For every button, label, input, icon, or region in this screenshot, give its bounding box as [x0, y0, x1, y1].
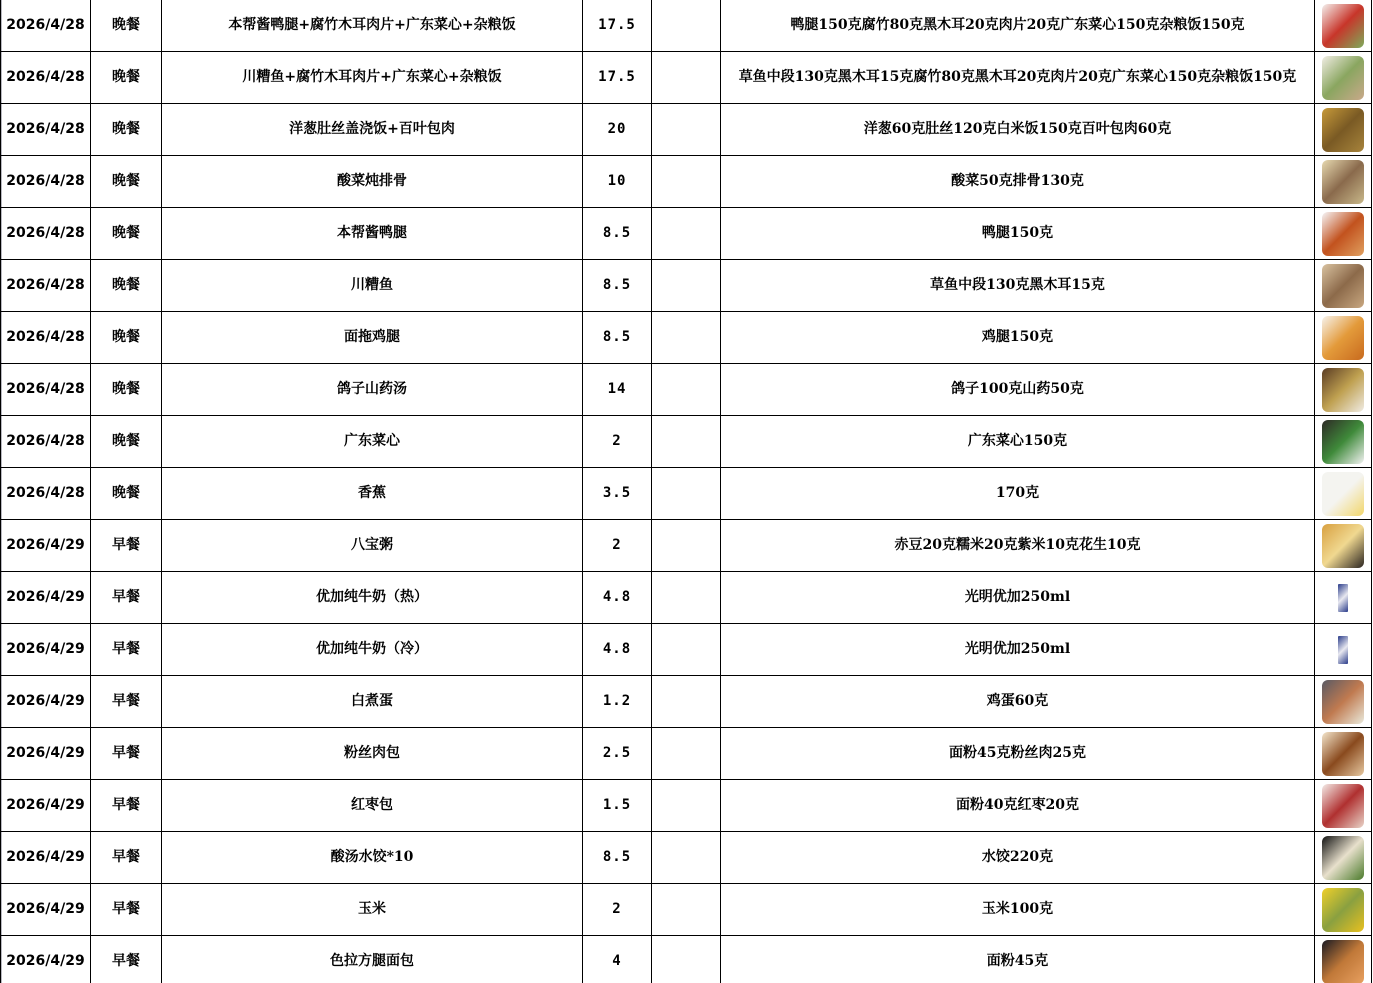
price-cell[interactable]: 8.5: [583, 312, 652, 364]
meal-text: 早餐: [112, 537, 140, 553]
date-cell[interactable]: 2026/4/29: [1, 520, 91, 572]
date-cell[interactable]: 2026/4/28: [1, 52, 91, 104]
meal-text: 早餐: [112, 693, 140, 709]
date-text: 2026/4/29: [6, 953, 84, 969]
table-row: 2026/4/28 晚餐 本帮酱鸭腿+腐竹木耳肉片+广东菜心+杂粮饭 17.5 …: [1, 0, 1372, 52]
date-text: 2026/4/28: [6, 277, 84, 293]
empty-cell[interactable]: [652, 156, 721, 208]
image-cell[interactable]: [1315, 208, 1372, 260]
table-row: 2026/4/29 早餐 酸汤水饺*10 8.5 水饺220克: [1, 832, 1372, 884]
corn-photo[interactable]: [1322, 888, 1364, 932]
price-cell[interactable]: 3.5: [583, 468, 652, 520]
price-cell[interactable]: 20: [583, 104, 652, 156]
ingredients-cell[interactable]: 鸭腿150克: [721, 208, 1315, 260]
ingredients-text: 鸽子100克山药50克: [951, 381, 1084, 397]
ingredients-cell[interactable]: 草鱼中段130克黑木耳15克: [721, 260, 1315, 312]
table-row: 2026/4/28 晚餐 面拖鸡腿 8.5 鸡腿150克: [1, 312, 1372, 364]
dish-name-cell[interactable]: 广东菜心: [162, 416, 583, 468]
price-text: 14: [608, 381, 627, 397]
meal-text: 晚餐: [112, 173, 140, 189]
table-row: 2026/4/29 早餐 红枣包 1.5 面粉40克红枣20克: [1, 780, 1372, 832]
fish-set-meal-photo[interactable]: [1322, 56, 1364, 100]
meal-cell[interactable]: 晚餐: [91, 260, 162, 312]
price-text: 3.5: [603, 485, 631, 501]
empty-cell[interactable]: [652, 780, 721, 832]
empty-cell[interactable]: [652, 208, 721, 260]
price-cell[interactable]: 10: [583, 156, 652, 208]
dish-name-cell[interactable]: 红枣包: [162, 780, 583, 832]
dish-name-cell[interactable]: 面拖鸡腿: [162, 312, 583, 364]
onion-tripe-rice-photo[interactable]: [1322, 108, 1364, 152]
image-cell[interactable]: [1315, 52, 1372, 104]
dish-name-cell[interactable]: 本帮酱鸭腿+腐竹木耳肉片+广东菜心+杂粮饭: [162, 0, 583, 52]
date-cell[interactable]: 2026/4/28: [1, 156, 91, 208]
meal-cell[interactable]: 早餐: [91, 676, 162, 728]
date-text: 2026/4/28: [6, 329, 84, 345]
dish-name-text: 本帮酱鸭腿: [337, 225, 407, 241]
table-row: 2026/4/29 早餐 八宝粥 2 赤豆20克糯米20克紫米10克花生10克: [1, 520, 1372, 572]
dish-name-text: 优加纯牛奶（热）: [316, 589, 428, 605]
dish-name-text: 红枣包: [351, 797, 393, 813]
price-text: 20: [608, 121, 627, 137]
ingredients-text: 鸭腿150克: [982, 225, 1053, 241]
dish-name-text: 色拉方腿面包: [330, 953, 414, 969]
boiled-eggs-photo[interactable]: [1322, 680, 1364, 724]
image-cell[interactable]: [1315, 416, 1372, 468]
ingredients-text: 广东菜心150克: [968, 433, 1067, 449]
date-cell[interactable]: 2026/4/28: [1, 364, 91, 416]
menu-table: 2026/4/28 晚餐 本帮酱鸭腿+腐竹木耳肉片+广东菜心+杂粮饭 17.5 …: [0, 0, 1372, 983]
dish-name-cell[interactable]: 川糟鱼+腐竹木耳肉片+广东菜心+杂粮饭: [162, 52, 583, 104]
ingredients-text: 草鱼中段130克黑木耳15克: [930, 277, 1105, 293]
price-text: 8.5: [603, 329, 631, 345]
ham-bread-photo[interactable]: [1322, 940, 1364, 983]
table-row: 2026/4/29 早餐 白煮蛋 1.2 鸡蛋60克: [1, 676, 1372, 728]
empty-cell[interactable]: [652, 572, 721, 624]
menu-table-body: 2026/4/28 晚餐 本帮酱鸭腿+腐竹木耳肉片+广东菜心+杂粮饭 17.5 …: [1, 0, 1372, 983]
dish-name-text: 广东菜心: [344, 433, 400, 449]
red-date-bun-photo[interactable]: [1322, 784, 1364, 828]
meal-cell[interactable]: 晚餐: [91, 364, 162, 416]
ingredients-cell[interactable]: 水饺220克: [721, 832, 1315, 884]
ingredients-cell[interactable]: 玉米100克: [721, 884, 1315, 936]
empty-cell[interactable]: [652, 0, 721, 52]
price-cell[interactable]: 2: [583, 520, 652, 572]
price-text: 8.5: [603, 225, 631, 241]
meal-cell[interactable]: 早餐: [91, 728, 162, 780]
braised-duck-leg-photo[interactable]: [1322, 212, 1364, 256]
date-cell[interactable]: 2026/4/29: [1, 884, 91, 936]
date-cell[interactable]: 2026/4/28: [1, 312, 91, 364]
price-text: 17.5: [598, 17, 636, 33]
dish-name-cell[interactable]: 洋葱肚丝盖浇饭+百叶包肉: [162, 104, 583, 156]
dish-name-cell[interactable]: 川糟鱼: [162, 260, 583, 312]
ingredients-cell[interactable]: 鸭腿150克腐竹80克黑木耳20克肉片20克广东菜心150克杂粮饭150克: [721, 0, 1315, 52]
date-text: 2026/4/29: [6, 693, 84, 709]
meal-text: 晚餐: [112, 485, 140, 501]
date-text: 2026/4/28: [6, 173, 84, 189]
ingredients-cell[interactable]: 鸽子100克山药50克: [721, 364, 1315, 416]
milk-carton-photo[interactable]: [1338, 584, 1348, 612]
empty-cell[interactable]: [652, 936, 721, 983]
image-cell[interactable]: [1315, 572, 1372, 624]
price-text: 2.5: [603, 745, 631, 761]
meal-text: 晚餐: [112, 381, 140, 397]
image-cell[interactable]: [1315, 884, 1372, 936]
price-text: 8.5: [603, 849, 631, 865]
meal-cell[interactable]: 晚餐: [91, 104, 162, 156]
meal-text: 早餐: [112, 797, 140, 813]
ingredients-text: 鸡腿150克: [982, 329, 1053, 345]
meal-cell[interactable]: 晚餐: [91, 0, 162, 52]
meat-bun-photo[interactable]: [1322, 732, 1364, 776]
dish-name-text: 优加纯牛奶（冷）: [316, 641, 428, 657]
price-text: 1.5: [603, 797, 631, 813]
image-cell[interactable]: [1315, 832, 1372, 884]
ingredients-cell[interactable]: 赤豆20克糯米20克紫米10克花生10克: [721, 520, 1315, 572]
date-text: 2026/4/29: [6, 589, 84, 605]
dish-name-text: 八宝粥: [351, 537, 393, 553]
price-cell[interactable]: 4: [583, 936, 652, 983]
dish-name-cell[interactable]: 八宝粥: [162, 520, 583, 572]
ingredients-text: 面粉45克粉丝肉25克: [949, 745, 1086, 761]
ingredients-text: 光明优加250ml: [965, 641, 1070, 657]
fried-chicken-leg-photo[interactable]: [1322, 316, 1364, 360]
pigeon-soup-photo[interactable]: [1322, 368, 1364, 412]
dish-name-text: 川糟鱼: [351, 277, 393, 293]
empty-cell[interactable]: [652, 52, 721, 104]
date-cell[interactable]: 2026/4/28: [1, 260, 91, 312]
dish-name-text: 粉丝肉包: [344, 745, 400, 761]
meal-cell[interactable]: 早餐: [91, 884, 162, 936]
table-row: 2026/4/28 晚餐 香蕉 3.5 170克: [1, 468, 1372, 520]
table-row: 2026/4/28 晚餐 川糟鱼+腐竹木耳肉片+广东菜心+杂粮饭 17.5 草鱼…: [1, 52, 1372, 104]
image-cell[interactable]: [1315, 676, 1372, 728]
date-text: 2026/4/28: [6, 17, 84, 33]
ingredients-cell[interactable]: 鸡蛋60克: [721, 676, 1315, 728]
dish-name-cell[interactable]: 酸汤水饺*10: [162, 832, 583, 884]
date-text: 2026/4/29: [6, 745, 84, 761]
price-cell[interactable]: 1.5: [583, 780, 652, 832]
meal-cell[interactable]: 晚餐: [91, 312, 162, 364]
image-cell[interactable]: [1315, 780, 1372, 832]
meal-cell[interactable]: 早餐: [91, 572, 162, 624]
milk-carton-photo[interactable]: [1338, 636, 1348, 664]
dish-name-cell[interactable]: 鸽子山药汤: [162, 364, 583, 416]
ingredients-cell[interactable]: 广东菜心150克: [721, 416, 1315, 468]
date-cell[interactable]: 2026/4/28: [1, 104, 91, 156]
meal-text: 晚餐: [112, 69, 140, 85]
ingredients-text: 玉米100克: [982, 901, 1053, 917]
empty-cell[interactable]: [652, 468, 721, 520]
ingredients-text: 赤豆20克糯米20克紫米10克花生10克: [895, 537, 1141, 553]
meal-text: 早餐: [112, 901, 140, 917]
empty-cell[interactable]: [652, 260, 721, 312]
meal-text: 晚餐: [112, 433, 140, 449]
price-cell[interactable]: 2: [583, 416, 652, 468]
dish-name-text: 玉米: [358, 901, 386, 917]
date-text: 2026/4/28: [6, 485, 84, 501]
ingredients-text: 洋葱60克肚丝120克白米饭150克百叶包肉60克: [864, 121, 1171, 137]
date-cell[interactable]: 2026/4/29: [1, 676, 91, 728]
dish-name-cell[interactable]: 酸菜炖排骨: [162, 156, 583, 208]
date-text: 2026/4/29: [6, 901, 84, 917]
empty-cell[interactable]: [652, 676, 721, 728]
date-text: 2026/4/28: [6, 225, 84, 241]
image-cell[interactable]: [1315, 936, 1372, 983]
meal-text: 早餐: [112, 953, 140, 969]
empty-cell[interactable]: [652, 728, 721, 780]
date-cell[interactable]: 2026/4/29: [1, 780, 91, 832]
meal-cell[interactable]: 早餐: [91, 780, 162, 832]
meal-text: 晚餐: [112, 277, 140, 293]
dish-name-text: 洋葱肚丝盖浇饭+百叶包肉: [289, 121, 455, 137]
dish-name-text: 酸菜炖排骨: [337, 173, 407, 189]
dish-name-cell[interactable]: 本帮酱鸭腿: [162, 208, 583, 260]
meal-text: 晚餐: [112, 225, 140, 241]
empty-cell[interactable]: [652, 312, 721, 364]
table-row: 2026/4/28 晚餐 广东菜心 2 广东菜心150克: [1, 416, 1372, 468]
meal-text: 晚餐: [112, 121, 140, 137]
date-text: 2026/4/29: [6, 797, 84, 813]
date-cell[interactable]: 2026/4/28: [1, 0, 91, 52]
image-cell[interactable]: [1315, 728, 1372, 780]
date-cell[interactable]: 2026/4/29: [1, 936, 91, 983]
meal-text: 早餐: [112, 589, 140, 605]
table-row: 2026/4/29 早餐 优加纯牛奶（热） 4.8 光明优加250ml: [1, 572, 1372, 624]
meal-text: 早餐: [112, 745, 140, 761]
price-text: 10: [608, 173, 627, 189]
price-text: 2: [612, 433, 621, 449]
date-text: 2026/4/28: [6, 381, 84, 397]
dish-name-text: 酸汤水饺*10: [331, 849, 414, 865]
ingredients-cell[interactable]: 草鱼中段130克黑木耳15克腐竹80克黑木耳20克肉片20克广东菜心150克杂粮…: [721, 52, 1315, 104]
ingredients-text: 草鱼中段130克黑木耳15克腐竹80克黑木耳20克肉片20克广东菜心150克杂粮…: [739, 69, 1297, 85]
ingredients-cell[interactable]: 光明优加250ml: [721, 572, 1315, 624]
meal-cell[interactable]: 晚餐: [91, 416, 162, 468]
price-cell[interactable]: 2.5: [583, 728, 652, 780]
meal-cell[interactable]: 早餐: [91, 936, 162, 983]
image-cell[interactable]: [1315, 364, 1372, 416]
price-cell[interactable]: 1.2: [583, 676, 652, 728]
ingredients-cell[interactable]: 酸菜50克排骨130克: [721, 156, 1315, 208]
image-cell[interactable]: [1315, 312, 1372, 364]
dish-name-text: 白煮蛋: [351, 693, 393, 709]
ingredients-text: 鸡蛋60克: [987, 693, 1048, 709]
empty-cell[interactable]: [652, 884, 721, 936]
ingredients-cell[interactable]: 面粉45克: [721, 936, 1315, 983]
table-row: 2026/4/28 晚餐 川糟鱼 8.5 草鱼中段130克黑木耳15克: [1, 260, 1372, 312]
empty-cell[interactable]: [652, 624, 721, 676]
date-text: 2026/4/29: [6, 537, 84, 553]
price-cell[interactable]: 17.5: [583, 0, 652, 52]
price-text: 17.5: [598, 69, 636, 85]
dish-name-text: 面拖鸡腿: [344, 329, 400, 345]
date-cell[interactable]: 2026/4/29: [1, 832, 91, 884]
price-cell[interactable]: 4.8: [583, 624, 652, 676]
price-text: 4.8: [603, 641, 631, 657]
dumplings-photo[interactable]: [1322, 836, 1364, 880]
banana-photo[interactable]: [1322, 472, 1364, 516]
date-text: 2026/4/29: [6, 641, 84, 657]
meal-text: 晚餐: [112, 17, 140, 33]
pickled-cabbage-ribs-photo[interactable]: [1322, 160, 1364, 204]
price-text: 4.8: [603, 589, 631, 605]
table-row: 2026/4/29 早餐 优加纯牛奶（冷） 4.8 光明优加250ml: [1, 624, 1372, 676]
table-row: 2026/4/28 晚餐 鸽子山药汤 14 鸽子100克山药50克: [1, 364, 1372, 416]
dish-name-cell[interactable]: 优加纯牛奶（冷）: [162, 624, 583, 676]
price-cell[interactable]: 2: [583, 884, 652, 936]
empty-cell[interactable]: [652, 104, 721, 156]
dish-name-cell[interactable]: 色拉方腿面包: [162, 936, 583, 983]
image-cell[interactable]: [1315, 624, 1372, 676]
date-cell[interactable]: 2026/4/29: [1, 624, 91, 676]
image-cell[interactable]: [1315, 0, 1372, 52]
date-text: 2026/4/29: [6, 849, 84, 865]
meal-text: 晚餐: [112, 329, 140, 345]
dish-name-cell[interactable]: 香蕉: [162, 468, 583, 520]
dish-name-text: 本帮酱鸭腿+腐竹木耳肉片+广东菜心+杂粮饭: [228, 17, 515, 33]
ingredients-cell[interactable]: 面粉45克粉丝肉25克: [721, 728, 1315, 780]
price-text: 8.5: [603, 277, 631, 293]
date-text: 2026/4/28: [6, 69, 84, 85]
price-text: 4: [612, 953, 621, 969]
image-cell[interactable]: [1315, 104, 1372, 156]
dish-name-cell[interactable]: 优加纯牛奶（热）: [162, 572, 583, 624]
price-cell[interactable]: 8.5: [583, 208, 652, 260]
table-row: 2026/4/29 早餐 色拉方腿面包 4 面粉45克: [1, 936, 1372, 983]
table-row: 2026/4/29 早餐 粉丝肉包 2.5 面粉45克粉丝肉25克: [1, 728, 1372, 780]
ingredients-text: 光明优加250ml: [965, 589, 1070, 605]
ingredients-cell[interactable]: 光明优加250ml: [721, 624, 1315, 676]
ingredients-text: 酸菜50克排骨130克: [951, 173, 1084, 189]
empty-cell[interactable]: [652, 416, 721, 468]
ingredients-text: 水饺220克: [982, 849, 1053, 865]
empty-cell[interactable]: [652, 520, 721, 572]
ingredients-cell[interactable]: 鸡腿150克: [721, 312, 1315, 364]
dish-name-cell[interactable]: 玉米: [162, 884, 583, 936]
meal-cell[interactable]: 早餐: [91, 832, 162, 884]
dish-name-text: 香蕉: [358, 485, 386, 501]
price-text: 1.2: [603, 693, 631, 709]
meal-text: 早餐: [112, 641, 140, 657]
duck-set-meal-photo[interactable]: [1322, 4, 1364, 48]
image-cell[interactable]: [1315, 156, 1372, 208]
ingredients-text: 面粉45克: [987, 953, 1048, 969]
dish-name-text: 川糟鱼+腐竹木耳肉片+广东菜心+杂粮饭: [242, 69, 501, 85]
price-cell[interactable]: 14: [583, 364, 652, 416]
meal-cell[interactable]: 晚餐: [91, 52, 162, 104]
fish-photo[interactable]: [1322, 264, 1364, 308]
date-text: 2026/4/28: [6, 433, 84, 449]
image-cell[interactable]: [1315, 468, 1372, 520]
image-cell[interactable]: [1315, 520, 1372, 572]
price-text: 2: [612, 901, 621, 917]
ingredients-text: 鸭腿150克腐竹80克黑木耳20克肉片20克广东菜心150克杂粮饭150克: [790, 17, 1244, 33]
date-cell[interactable]: 2026/4/29: [1, 728, 91, 780]
empty-cell[interactable]: [652, 832, 721, 884]
date-cell[interactable]: 2026/4/28: [1, 416, 91, 468]
meal-cell[interactable]: 早餐: [91, 624, 162, 676]
price-text: 2: [612, 537, 621, 553]
meal-cell[interactable]: 晚餐: [91, 208, 162, 260]
ingredients-text: 170克: [996, 485, 1039, 501]
date-cell[interactable]: 2026/4/28: [1, 468, 91, 520]
meal-cell[interactable]: 晚餐: [91, 156, 162, 208]
price-cell[interactable]: 8.5: [583, 260, 652, 312]
choy-sum-photo[interactable]: [1322, 420, 1364, 464]
dish-name-cell[interactable]: 白煮蛋: [162, 676, 583, 728]
eight-treasure-porridge-photo[interactable]: [1322, 524, 1364, 568]
table-row: 2026/4/28 晚餐 酸菜炖排骨 10 酸菜50克排骨130克: [1, 156, 1372, 208]
table-row: 2026/4/29 早餐 玉米 2 玉米100克: [1, 884, 1372, 936]
meal-text: 早餐: [112, 849, 140, 865]
ingredients-text: 面粉40克红枣20克: [956, 797, 1079, 813]
price-cell[interactable]: 8.5: [583, 832, 652, 884]
table-row: 2026/4/28 晚餐 本帮酱鸭腿 8.5 鸭腿150克: [1, 208, 1372, 260]
price-cell[interactable]: 17.5: [583, 52, 652, 104]
price-cell[interactable]: 4.8: [583, 572, 652, 624]
empty-cell[interactable]: [652, 364, 721, 416]
date-cell[interactable]: 2026/4/28: [1, 208, 91, 260]
image-cell[interactable]: [1315, 260, 1372, 312]
ingredients-cell[interactable]: 面粉40克红枣20克: [721, 780, 1315, 832]
table-row: 2026/4/28 晚餐 洋葱肚丝盖浇饭+百叶包肉 20 洋葱60克肚丝120克…: [1, 104, 1372, 156]
date-cell[interactable]: 2026/4/29: [1, 572, 91, 624]
dish-name-text: 鸽子山药汤: [337, 381, 407, 397]
meal-cell[interactable]: 早餐: [91, 520, 162, 572]
meal-cell[interactable]: 晚餐: [91, 468, 162, 520]
ingredients-cell[interactable]: 170克: [721, 468, 1315, 520]
dish-name-cell[interactable]: 粉丝肉包: [162, 728, 583, 780]
ingredients-cell[interactable]: 洋葱60克肚丝120克白米饭150克百叶包肉60克: [721, 104, 1315, 156]
date-text: 2026/4/28: [6, 121, 84, 137]
